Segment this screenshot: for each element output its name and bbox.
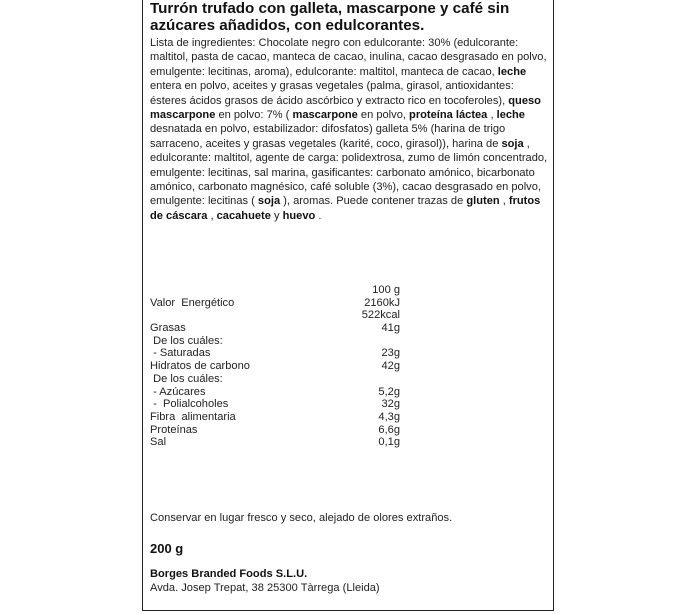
ingredients-label: Lista de ingredientes: <box>150 37 255 49</box>
nutrition-row: Fibra alimentaria4,3g <box>150 411 400 424</box>
allergen-highlight: leche <box>497 109 525 121</box>
product-title: Turrón trufado con galleta, mascarpone y… <box>150 0 550 34</box>
company-info: Borges Branded Foods S.L.U. Avda. Josep … <box>150 567 380 595</box>
nutrition-header-row: 100 g <box>150 284 400 297</box>
nutrient-label: Hidratos de carbono <box>150 360 250 373</box>
nutrition-row: - Azúcares5,2g <box>150 386 400 399</box>
ingredient-text: y <box>271 210 283 222</box>
allergen-highlight: gluten <box>466 195 499 207</box>
ingredient-text: en polvo, <box>358 109 409 121</box>
nutrient-label: - Azúcares <box>150 386 206 399</box>
nutrient-label: Grasas <box>150 322 186 335</box>
nutrition-row: De los cuáles: <box>150 373 400 386</box>
company-name: Borges Branded Foods S.L.U. <box>150 567 380 581</box>
company-address: Avda. Josep Trepat, 38 25300 Tàrrega (Ll… <box>150 581 380 595</box>
nutrient-value: 41g <box>320 322 400 335</box>
allergen-highlight: cacahuete <box>217 210 271 222</box>
nutrition-row: - Saturadas23g <box>150 347 400 360</box>
nutrient-label: Sal <box>150 436 166 449</box>
nutrition-row: Valor Energético2160kJ <box>150 297 400 310</box>
nutrient-value: 6,6g <box>320 424 400 437</box>
nutrition-row: 522kcal <box>150 309 400 322</box>
nutrient-value: 0,1g <box>320 436 400 449</box>
nutrient-label: Valor Energético <box>150 297 234 310</box>
ingredient-text: , <box>207 210 216 222</box>
allergen-highlight: mascarpone <box>292 109 357 121</box>
ingredient-text: desnatada en polvo, estabilizador: difos… <box>150 123 505 149</box>
ingredient-text: , <box>487 109 496 121</box>
allergen-highlight: soja <box>258 195 280 207</box>
nutrition-row: Hidratos de carbono42g <box>150 360 400 373</box>
nutrition-row: Grasas41g <box>150 322 400 335</box>
nutrition-per-100g-header: 100 g <box>320 284 400 297</box>
ingredients-list: Lista de ingredientes: Chocolate negro c… <box>150 36 550 223</box>
nutrient-value: 42g <box>320 360 400 373</box>
nutrition-row: Sal0,1g <box>150 436 400 449</box>
nutrition-row: - Polialcoholes32g <box>150 398 400 411</box>
nutrient-value: 522kcal <box>320 309 400 322</box>
nutrition-row: Proteínas6,6g <box>150 424 400 437</box>
nutrient-value: 4,3g <box>320 411 400 424</box>
nutrient-label: De los cuáles: <box>150 373 223 386</box>
allergen-highlight: leche <box>498 66 526 78</box>
nutrient-value: 23g <box>320 347 400 360</box>
nutrient-label: Fibra alimentaria <box>150 411 236 424</box>
allergen-highlight: proteína láctea <box>409 109 487 121</box>
ingredient-text: entera en polvo, aceites y grasas vegeta… <box>150 80 514 106</box>
allergen-highlight: huevo <box>283 210 316 222</box>
ingredient-text: . <box>315 210 321 222</box>
nutrient-label: - Saturadas <box>150 347 210 360</box>
ingredient-text: en polvo: 7% ( <box>215 109 292 121</box>
storage-instructions: Conservar en lugar fresco y seco, alejad… <box>150 512 452 524</box>
net-weight: 200 g <box>150 541 183 556</box>
nutrient-label: Proteínas <box>150 424 197 437</box>
ingredient-text: ), aromas. Puede contener trazas de <box>280 195 466 207</box>
ingredients-text: Chocolate negro con edulcorante: 30% (ed… <box>150 37 547 222</box>
ingredient-text: , <box>500 195 509 207</box>
allergen-highlight: soja <box>501 138 523 150</box>
nutrient-value: 32g <box>320 398 400 411</box>
nutrition-row: De los cuáles: <box>150 335 400 348</box>
nutrient-value: 5,2g <box>320 386 400 399</box>
nutrient-label: De los cuáles: <box>150 335 223 348</box>
nutrient-label: - Polialcoholes <box>150 398 228 411</box>
nutrition-table: 100 g Valor Energético2160kJ522kcalGrasa… <box>150 284 400 449</box>
nutrient-value: 2160kJ <box>320 297 400 310</box>
